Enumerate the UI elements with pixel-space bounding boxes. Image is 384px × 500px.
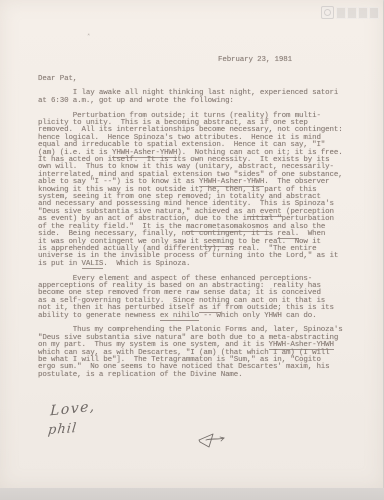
letter-photo: { "letter": { "date": "February 23, 1981…: [0, 0, 384, 500]
letter-body: Dear Pat, I lay awake all night thinking…: [38, 76, 360, 387]
pencil-smudge: ˟: [86, 34, 91, 42]
salutation: Dear Pat,: [38, 76, 360, 83]
handwritten-valediction: Love,: [50, 399, 96, 420]
fish-doodle: [196, 431, 230, 455]
photo-watermark: [321, 6, 379, 19]
paragraph-4: Thus my comprehending the Platonic Forms…: [38, 327, 360, 379]
watermark-text-blocks: [336, 7, 379, 19]
letter-date: February 23, 1981: [218, 57, 292, 64]
paragraph-2: Perturbation from outside; it turns (rea…: [38, 113, 360, 269]
paragraph-3: Every element and aspect of these enhanc…: [38, 276, 360, 320]
background-edge: [0, 488, 384, 500]
letter-paper: ˟ February 23, 1981 Dear Pat, I lay awak…: [0, 0, 383, 488]
watermark-camera-icon: [321, 6, 334, 19]
paragraph-1: I lay awake all night thinking last nigh…: [38, 90, 360, 105]
handwritten-signature: phil: [47, 421, 78, 438]
